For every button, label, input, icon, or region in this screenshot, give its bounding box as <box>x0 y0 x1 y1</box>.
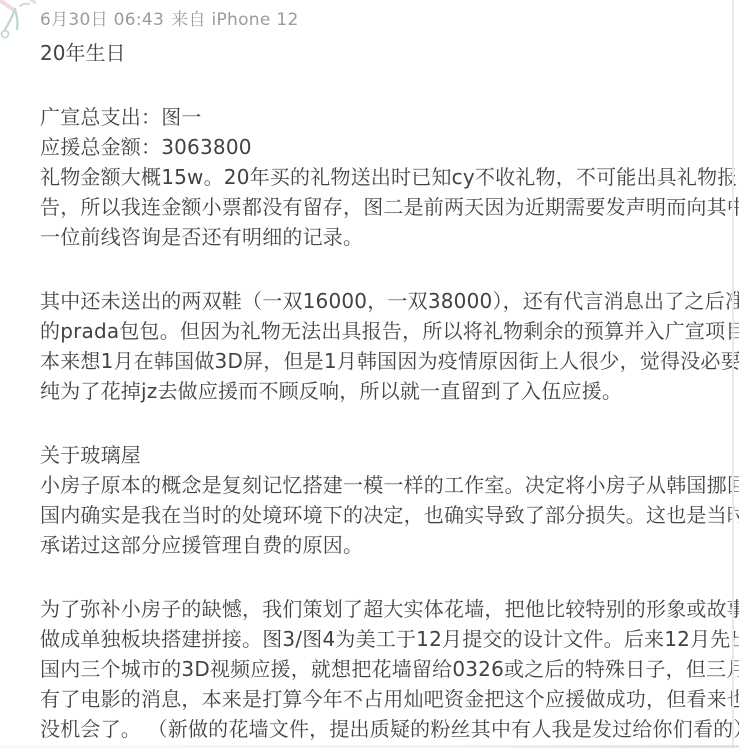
post-timestamp-link[interactable]: 6月30日 06:43 <box>40 10 164 30</box>
post-paragraph-glasshouse: 关于玻璃屋 小房子原本的概念是复刻记忆搭建一模一样的工作室。决定将小房子从韩国挪… <box>40 440 719 560</box>
weibo-post: 6月30日 06:43来自 iPhone 12 20年生日 广宣总支出：图一 应… <box>0 0 739 748</box>
right-edge-divider <box>732 0 734 748</box>
post-title: 20年生日 <box>40 40 719 66</box>
post-paragraph-expenses: 广宣总支出：图一 应援总金额：3063800 礼物金额大概15w。20年买的礼物… <box>40 102 719 252</box>
post-source-link[interactable]: 来自 iPhone 12 <box>171 10 298 30</box>
post-paragraph-gifts: 其中还未送出的两双鞋（一双16000，一双38000），还有代言消息出了之后准备… <box>40 286 719 406</box>
post-body: 广宣总支出：图一 应援总金额：3063800 礼物金额大概15w。20年买的礼物… <box>40 102 719 744</box>
post-paragraph-flowerwall: 为了弥补小房子的缺憾，我们策划了超大实体花墙，把他比较特别的形象或故事 做成单独… <box>40 594 719 744</box>
post-meta: 6月30日 06:43来自 iPhone 12 <box>40 10 719 30</box>
avatar-image-fragment <box>0 0 36 48</box>
